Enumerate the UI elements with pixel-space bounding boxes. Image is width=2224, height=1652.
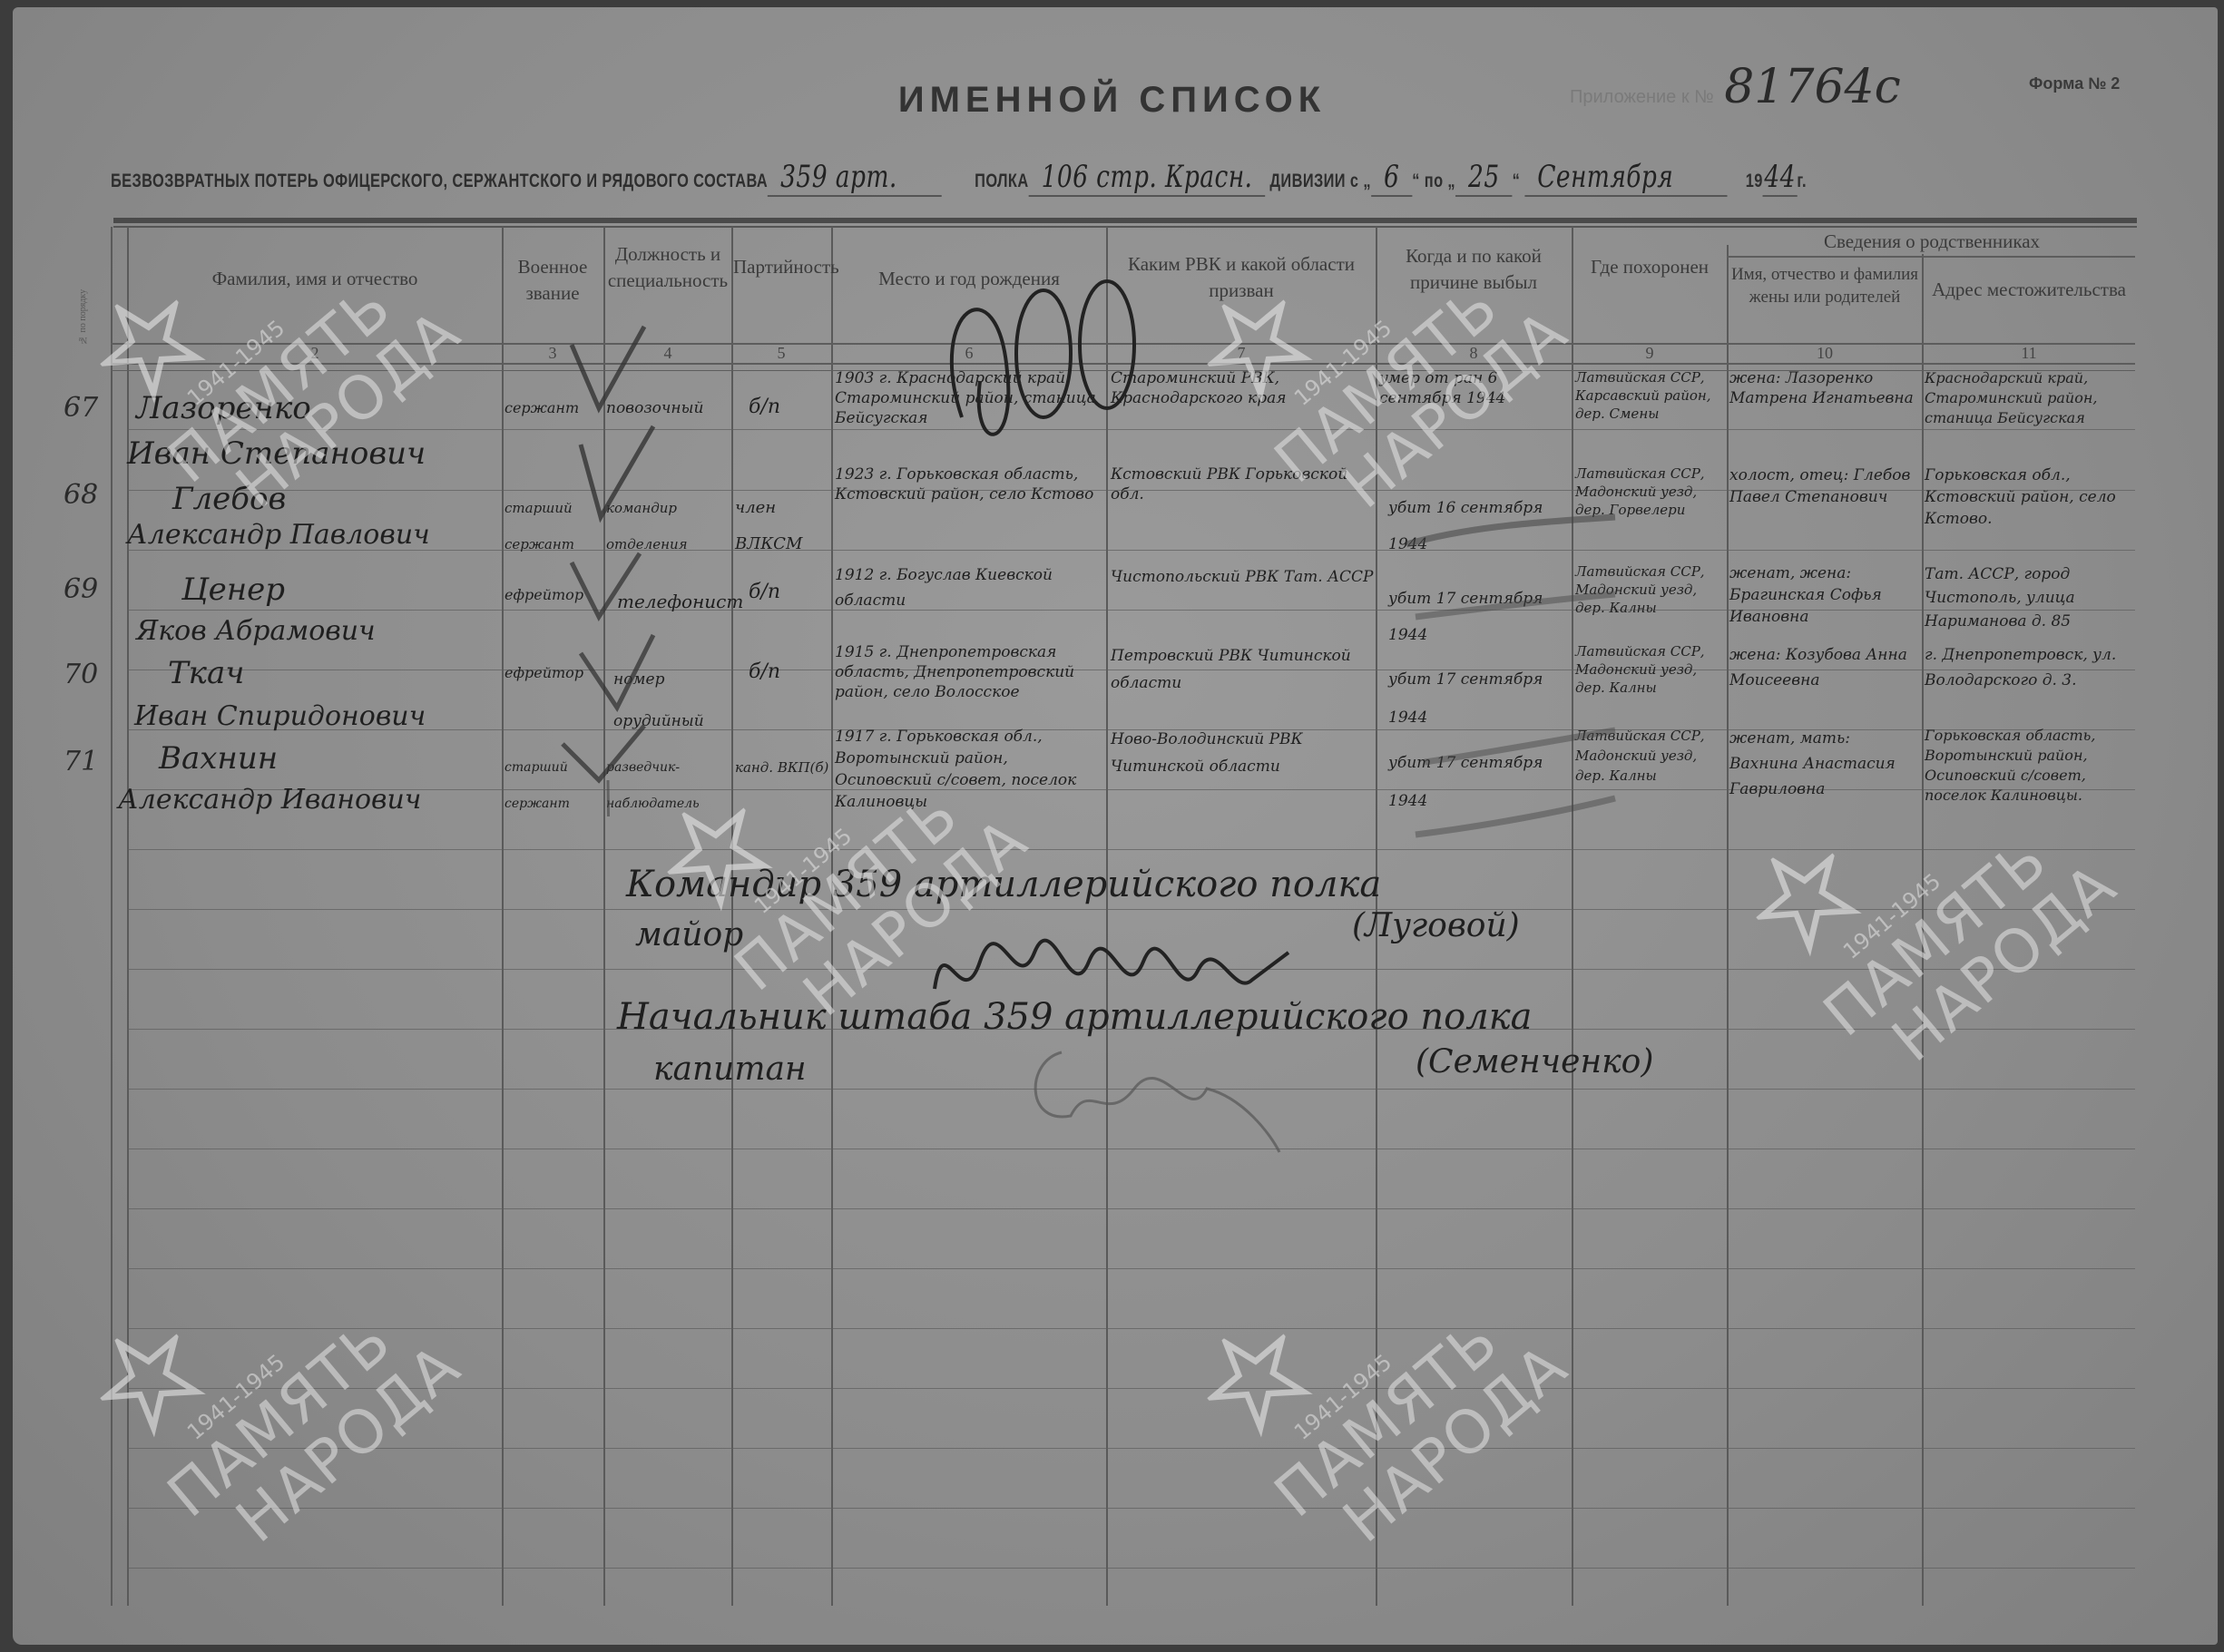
column-header-name: Фамилия, имя и отчество — [129, 266, 501, 292]
chief-of-staff-rank: капитан — [653, 1051, 807, 1088]
surname: Ценер — [181, 572, 285, 608]
commander-name: (Луговой) — [1352, 907, 1520, 944]
to-label: по — [1425, 171, 1444, 191]
birth-place: 1923 г. Горьковская область, Кстовский р… — [835, 464, 1103, 504]
row-number: 70 — [64, 659, 98, 690]
header-rule-thin — [113, 226, 2137, 228]
party: б/п — [749, 396, 780, 418]
column-number: 8 — [1377, 344, 1570, 363]
rank: сержант — [505, 399, 579, 416]
party: б/п — [749, 581, 780, 603]
subtitle-prefix: БЕЗВОЗВРАТНЫХ ПОТЕРЬ ОФИЦЕРСКОГО, СЕРЖАН… — [111, 171, 768, 191]
burial-place: Латвийская ССР, Мадонский уезд, дер. Кал… — [1575, 562, 1726, 617]
fate: убит 17 сентября 1944 — [1388, 581, 1570, 653]
chief-of-staff-name: (Семенченко) — [1416, 1043, 1653, 1080]
fate: убит 16 сентября 1944 — [1388, 490, 1570, 562]
column-header-rank: Военное звание — [504, 254, 602, 307]
birth-place: 1912 г. Богуслав Киевской области — [835, 562, 1103, 613]
row-number-label: № по порядку — [78, 272, 114, 345]
chief-of-staff-signature — [1025, 1034, 1334, 1161]
burial-place: Латвийская ССР, Карсавский район, дер. С… — [1575, 368, 1726, 423]
to-day: 25 — [1455, 159, 1513, 197]
column-number: 5 — [733, 344, 829, 363]
page-title: ИМЕННОЙ СПИСОК — [0, 80, 2224, 121]
burial-place: Латвийская ССР, Мадонский уезд, дер. Гор… — [1575, 464, 1726, 519]
row-number: 71 — [64, 746, 98, 777]
rank: старший сержант — [505, 749, 603, 822]
home-address: Горьковская область, Воротынский район, … — [1925, 726, 2135, 806]
given-names: Иван Степанович — [127, 435, 426, 472]
column-number: 4 — [606, 344, 730, 363]
column-number: 9 — [1573, 344, 1726, 363]
given-names: Яков Абрамович — [136, 615, 376, 647]
birth-place: 1917 г. Горьковская обл., Воротынский ра… — [835, 726, 1103, 813]
position: телефонист — [617, 581, 726, 622]
rank: ефрейтор — [505, 664, 583, 681]
row-number: 67 — [64, 392, 98, 424]
year-suffix: г. — [1797, 171, 1807, 191]
given-names: Иван Спиридонович — [134, 700, 426, 732]
surname: Лазоренко — [136, 390, 311, 426]
row-number: 69 — [64, 573, 98, 605]
birth-place: 1915 г. Днепропетровская область, Днепро… — [835, 642, 1103, 702]
column-header-birth: Место и год рождения — [833, 266, 1105, 292]
conscription-office: Чистопольский РВК Тат. АССР — [1111, 562, 1374, 591]
column-header-position: Должность и специальность — [606, 241, 730, 294]
regiment-label: ПОЛКА — [975, 171, 1028, 191]
column-header-party: Партийность — [733, 254, 829, 280]
division-value: 106 стр. Красн. — [1029, 159, 1266, 197]
given-names: Александр Павлович — [127, 519, 430, 551]
chief-of-staff-title: Начальник штаба 359 артиллерийского полк… — [617, 996, 1532, 1038]
column-number: 6 — [833, 344, 1105, 363]
home-address: Горьковская обл., Кстовский район, село … — [1925, 464, 2135, 530]
column-header-address: Адрес местожительства — [1924, 277, 2134, 303]
column-number: 2 — [129, 344, 501, 363]
home-address: Тат. АССР, город Чистополь, улица Нарима… — [1925, 562, 2135, 633]
fate: убит 17 сентября 1944 — [1388, 744, 1570, 820]
rank: старший сержант — [505, 490, 603, 562]
position: разведчик-наблюдатель — [606, 749, 730, 822]
column-number: 10 — [1729, 344, 1921, 363]
home-address: г. Днепропетровск, ул. Володарского д. 3… — [1925, 642, 2135, 693]
column-header-fate: Когда и по какой причине выбыл — [1377, 243, 1570, 296]
relative: женат, жена: Брагинская Софья Ивановна — [1729, 562, 1920, 628]
burial-place: Латвийская ССР, Мадонский уезд, дер. Кал… — [1575, 642, 1726, 697]
column-header-burial: Где похоронен — [1573, 254, 1726, 280]
commander-rank: майор — [635, 916, 743, 953]
conscription-office: Ново-Володинский РВК Читинской области — [1111, 726, 1374, 780]
year-value: 44 — [1763, 159, 1798, 197]
birth-place: 1903 г. Краснодарский край, Староминский… — [835, 368, 1103, 428]
relative: женат, мать: Вахнина Анастасия Гавриловн… — [1729, 726, 1920, 802]
position: номер орудийный — [613, 659, 728, 742]
column-header-relative: Имя, отчество и фамилия жены или родител… — [1729, 263, 1921, 308]
party: канд. ВКП(б) — [735, 749, 829, 786]
relative: жена: Козубова Анна Моисеевна — [1729, 642, 1920, 693]
column-number: 3 — [504, 344, 602, 363]
burial-place: Латвийская ССР, Мадонский уезд, дер. Кал… — [1575, 726, 1726, 786]
from-day: 6 — [1371, 159, 1412, 197]
subtitle-line: БЕЗВОЗВРАТНЫХ ПОТЕРЬ ОФИЦЕРСКОГО, СЕРЖАН… — [111, 159, 1807, 197]
surname: Ткач — [168, 655, 244, 691]
position: повозочный — [606, 399, 703, 417]
month-value: Сентября — [1524, 159, 1727, 197]
fate: убит 17 сентября 1944 — [1388, 660, 1570, 737]
party: член ВЛКСМ — [735, 490, 829, 562]
year-prefix: 19 — [1746, 171, 1763, 191]
column-group-relatives: Сведения о родственниках — [1729, 229, 2135, 255]
column-header-rvk: Каким РВК и какой области призван — [1108, 251, 1375, 304]
conscription-office: Кстовский РВК Горьковской обл. — [1111, 464, 1374, 504]
home-address: Краснодарский край, Староминский район, … — [1925, 368, 2135, 428]
surname: Глебов — [172, 481, 286, 517]
surname: Вахнин — [159, 740, 278, 777]
rank: ефрейтор — [505, 586, 583, 603]
column-number: 11 — [1924, 344, 2134, 363]
regiment-value: 359 арт. — [768, 159, 942, 197]
fate: умер от ран 6 сентября 1944 — [1379, 368, 1568, 408]
relative: холост, отец: Глебов Павел Степанович — [1729, 464, 1920, 508]
position: командир отделения — [606, 490, 730, 562]
row-number: 68 — [64, 479, 98, 511]
commander-title: Командир 359 артиллерийского полка — [626, 864, 1381, 905]
party: б/п — [749, 660, 780, 683]
conscription-office: Петровский РВК Читинской области — [1111, 642, 1374, 697]
given-names: Александр Иванович — [118, 784, 421, 816]
relative: жена: Лазоренко Матрена Игнатьевна — [1729, 368, 1920, 408]
header-rule — [113, 218, 2137, 223]
conscription-office: Староминский РВК, Краснодарского края — [1111, 368, 1374, 408]
column-number: 7 — [1108, 344, 1375, 363]
division-label: ДИВИЗИИ с — [1269, 171, 1358, 191]
